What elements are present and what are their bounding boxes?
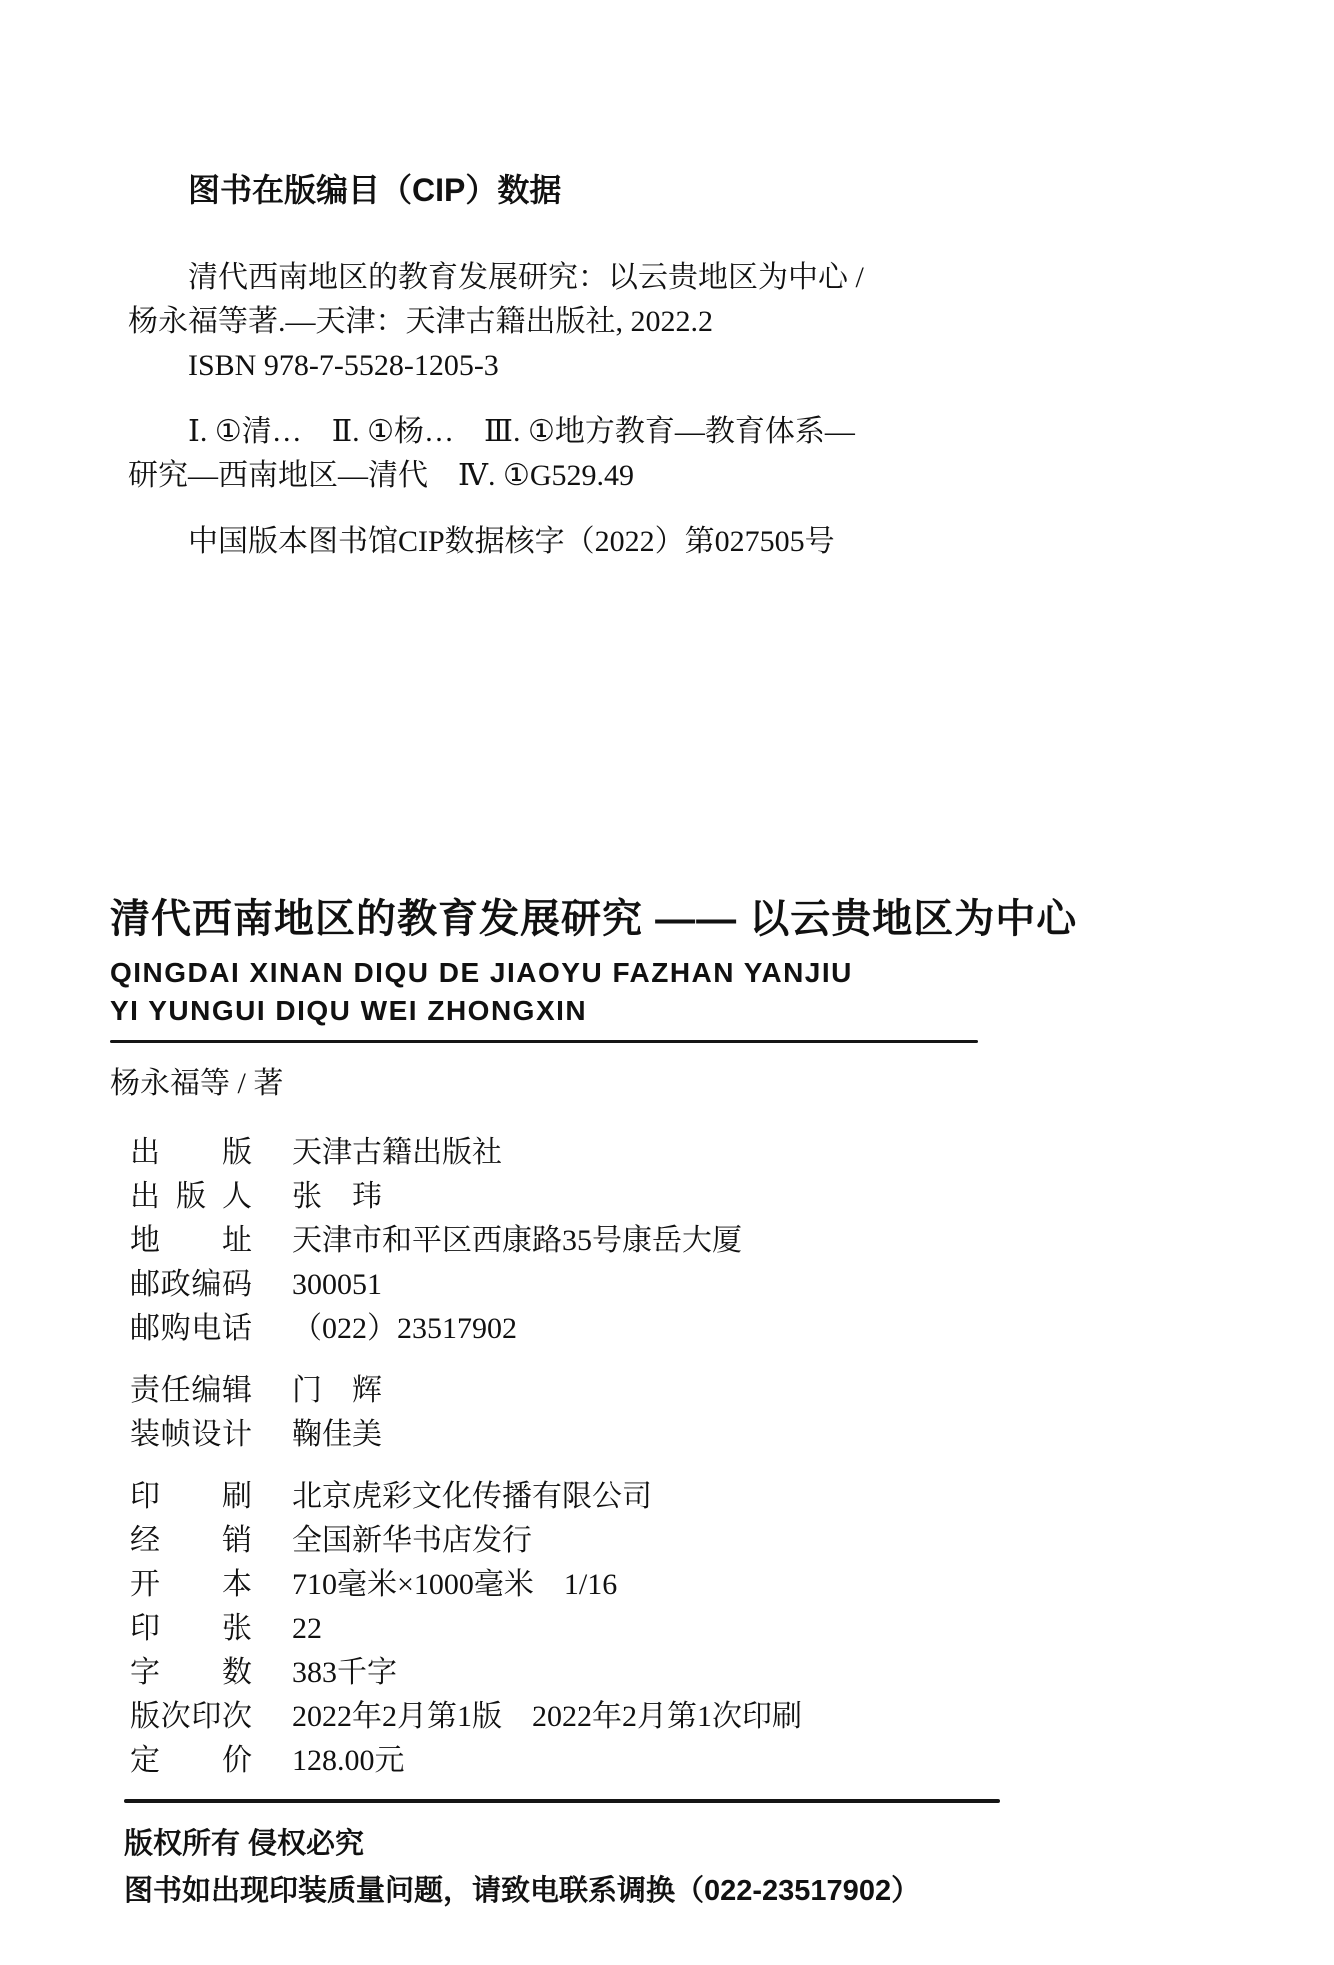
colophon-value: 383千字 — [292, 1651, 397, 1695]
colophon-label: 装帧设计 — [130, 1413, 252, 1457]
colophon-label: 字数 — [130, 1651, 252, 1695]
colophon-group-editors: 责任编辑 门 辉 装帧设计 鞠佳美 — [130, 1369, 1294, 1457]
cip-classification-line2: 研究—西南地区—清代 Ⅳ. ①G529.49 — [128, 454, 1274, 498]
cip-section: 图书在版编目（CIP）数据 清代西南地区的教育发展研究：以云贵地区为中心 / 杨… — [128, 170, 1274, 564]
colophon-row-wordcount: 字数 383千字 — [130, 1651, 1294, 1695]
cip-classification-line1: Ⅰ. ①清… Ⅱ. ①杨… Ⅲ. ①地方教育—教育体系— — [128, 410, 1274, 454]
footer-divider-rule — [124, 1799, 1000, 1803]
colophon-value: 天津市和平区西康路35号康岳大厦 — [292, 1219, 742, 1263]
colophon-value: 22 — [292, 1607, 322, 1651]
footer-section: 版权所有 侵权必究 图书如出现印装质量问题，请致电联系调换（022-235179… — [124, 1821, 1294, 1915]
colophon-label: 邮政编码 — [130, 1263, 252, 1307]
colophon-value: 鞠佳美 — [292, 1413, 382, 1457]
book-title: 清代西南地区的教育发展研究 —— 以云贵地区为中心 — [110, 894, 1294, 944]
author-line: 杨永福等 / 著 — [110, 1063, 1294, 1105]
title-block: 清代西南地区的教育发展研究 —— 以云贵地区为中心 QINGDAI XINAN … — [110, 894, 1294, 1105]
cip-record-line1: 清代西南地区的教育发展研究：以云贵地区为中心 / — [128, 256, 1274, 300]
colophon-label: 定价 — [130, 1739, 252, 1783]
colophon-label: 开本 — [130, 1563, 252, 1607]
quality-exchange-notice: 图书如出现印装质量问题，请致电联系调换（022-23517902） — [124, 1868, 1294, 1915]
colophon-value: 门 辉 — [292, 1369, 382, 1413]
colophon-value: 2022年2月第1版 2022年2月第1次印刷 — [292, 1695, 802, 1739]
colophon-value: 128.00元 — [292, 1739, 405, 1783]
colophon-label: 印刷 — [130, 1475, 252, 1519]
colophon-value: （022）23517902 — [292, 1307, 517, 1351]
colophon-row-price: 定价 128.00元 — [130, 1739, 1294, 1783]
colophon-value: 天津古籍出版社 — [292, 1131, 502, 1175]
cip-registry-line: 中国版本图书馆CIP数据核字（2022）第027505号 — [128, 520, 1274, 564]
title-pinyin-line1: QINGDAI XINAN DIQU DE JIAOYU FAZHAN YANJ… — [110, 954, 1294, 992]
colophon-value: 300051 — [292, 1263, 382, 1307]
colophon-value: 北京虎彩文化传播有限公司 — [292, 1475, 652, 1519]
colophon-row-publisher-person: 出版人 张 玮 — [130, 1175, 1294, 1219]
colophon-value: 全国新华书店发行 — [292, 1519, 532, 1563]
colophon-value: 张 玮 — [292, 1175, 382, 1219]
colophon-row-designer: 装帧设计 鞠佳美 — [130, 1413, 1294, 1457]
colophon-row-distributor: 经销 全国新华书店发行 — [130, 1519, 1294, 1563]
colophon-label: 出版 — [130, 1131, 252, 1175]
colophon-row-sheets: 印张 22 — [130, 1607, 1294, 1651]
colophon-value: 710毫米×1000毫米 1/16 — [292, 1563, 617, 1607]
cip-record-line2: 杨永福等著.—天津：天津古籍出版社, 2022.2 — [128, 300, 1274, 344]
colophon-row-printer: 印刷 北京虎彩文化传播有限公司 — [130, 1475, 1294, 1519]
title-pinyin-line2: YI YUNGUI DIQU WEI ZHONGXIN — [110, 992, 1294, 1030]
copyright-notice: 版权所有 侵权必究 — [124, 1821, 1294, 1868]
colophon-label: 版次印次 — [130, 1695, 252, 1739]
colophon-row-edition: 版次印次 2022年2月第1版 2022年2月第1次印刷 — [130, 1695, 1294, 1739]
colophon-label: 印张 — [130, 1607, 252, 1651]
colophon-row-order-phone: 邮购电话 （022）23517902 — [130, 1307, 1294, 1351]
title-divider-rule — [110, 1040, 978, 1043]
book-copyright-page: 图书在版编目（CIP）数据 清代西南地区的教育发展研究：以云贵地区为中心 / 杨… — [0, 0, 1334, 1965]
colophon-section: 出版 天津古籍出版社 出版人 张 玮 地址 天津市和平区西康路35号康岳大厦 邮… — [130, 1131, 1294, 1783]
isbn-line: ISBN 978-7-5528-1205-3 — [128, 344, 1274, 388]
cip-heading: 图书在版编目（CIP）数据 — [188, 170, 1274, 210]
colophon-label: 责任编辑 — [130, 1369, 252, 1413]
colophon-row-editor: 责任编辑 门 辉 — [130, 1369, 1294, 1413]
colophon-label: 地址 — [130, 1219, 252, 1263]
colophon-row-format: 开本 710毫米×1000毫米 1/16 — [130, 1563, 1294, 1607]
colophon-row-postcode: 邮政编码 300051 — [130, 1263, 1294, 1307]
colophon-label: 出版人 — [130, 1175, 252, 1219]
colophon-label: 经销 — [130, 1519, 252, 1563]
colophon-group-printing: 印刷 北京虎彩文化传播有限公司 经销 全国新华书店发行 开本 710毫米×100… — [130, 1475, 1294, 1783]
colophon-row-publisher: 出版 天津古籍出版社 — [130, 1131, 1294, 1175]
colophon-label: 邮购电话 — [130, 1307, 252, 1351]
colophon-row-address: 地址 天津市和平区西康路35号康岳大厦 — [130, 1219, 1294, 1263]
colophon-group-publisher: 出版 天津古籍出版社 出版人 张 玮 地址 天津市和平区西康路35号康岳大厦 邮… — [130, 1131, 1294, 1351]
